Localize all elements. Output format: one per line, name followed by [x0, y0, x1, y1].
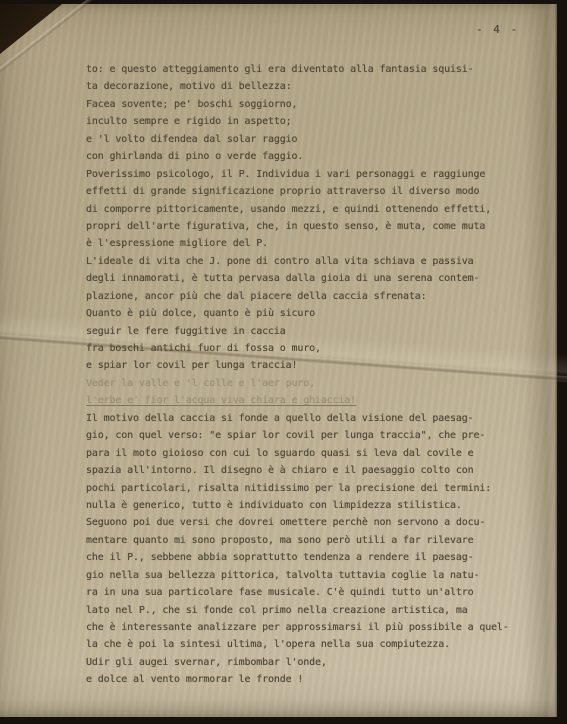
text-line: con ghirlanda di pino o verde faggio.: [86, 148, 522, 165]
text-line: to: e questo atteggiamento gli era diven…: [86, 61, 522, 78]
typewritten-text: to: e questo atteggiamento gli era diven…: [86, 61, 522, 689]
text-line: gio nella sua bellezza pittorica, talvol…: [86, 567, 522, 584]
text-line: mentare quanto mi sono proposto, ma sono…: [86, 532, 522, 549]
text-line: gio, con quel verso: "e spiar lor covil …: [86, 427, 522, 444]
text-line: para il moto gioioso con cui lo sguardo …: [86, 445, 522, 462]
text-line: degli innamorati, è tutta pervasa dalla …: [86, 270, 522, 287]
text-line: pochi particolari, risalta nitidissimo p…: [86, 480, 522, 497]
text-line: Udir gli augei svernar, rimbombar l'onde…: [86, 654, 522, 671]
scanned-typewritten-page: { "page": { "number_label": "- 4 -" }, "…: [0, 0, 567, 724]
text-line: spazia all'intorno. Il disegno è à chiar…: [86, 462, 522, 479]
text-line: effetti di grande significazione proprio…: [86, 183, 522, 200]
text-line: propri dell'arte figurativa, che, in que…: [86, 218, 522, 235]
page-number: - 4 -: [476, 23, 519, 36]
text-line: nulla è generico, tutto è individuato co…: [86, 497, 522, 514]
text-line: fra boschi antichi fuor di fossa o muro,: [86, 340, 522, 357]
right-edge-shadow: [523, 4, 557, 717]
text-line: che è interessante analizzare per appros…: [86, 619, 522, 636]
text-line: e spiar lor covil per lunga traccia!: [86, 357, 522, 374]
text-line: seguir le fere fuggitive in caccia: [86, 323, 522, 340]
text-line: lato nel P., che si fonde col primo nell…: [86, 602, 522, 619]
text-line: L'ideale di vita che J. pone di contro a…: [86, 253, 522, 270]
text-line: ra in una sua particolare fase musicale.…: [86, 584, 522, 601]
text-line: ta decorazione, motivo di bellezza:: [86, 78, 522, 95]
text-line: Veder la valle e 'l colle e l'aer puro,: [86, 375, 522, 392]
text-line: plazione, ancor più che dal piacere dell…: [86, 288, 522, 305]
text-line: Il motivo della caccia si fonde a quello…: [86, 410, 522, 427]
text-line: e dolce al vento mormorar le fronde !: [86, 671, 522, 688]
text-line: e 'l volto difendea dal solar raggio: [86, 131, 522, 148]
bottom-edge-shadow: [0, 699, 557, 717]
text-line: che il P., sebbene abbia soprattutto ten…: [86, 549, 522, 566]
text-line: Quanto è più dolce, quanto è più sicuro: [86, 305, 522, 322]
text-line: è l'espressione migliore del P.: [86, 235, 522, 252]
text-line: di comporre pittoricamente, usando mezzi…: [86, 201, 522, 218]
text-line: Seguono poi due versi che dovrei ometter…: [86, 514, 522, 531]
text-line: Facea sovente; pe' boschi soggiorno,: [86, 96, 522, 113]
text-line: Poverissimo psicologo, il P. Individua i…: [86, 166, 522, 183]
text-line: inculto sempre e rigido in aspetto;: [86, 113, 522, 130]
text-line: l'erbe e' fior l'acqua viva chiara e ghi…: [86, 392, 522, 409]
text-line: la che è poi la sintesi ultima, l'opera …: [86, 636, 522, 653]
